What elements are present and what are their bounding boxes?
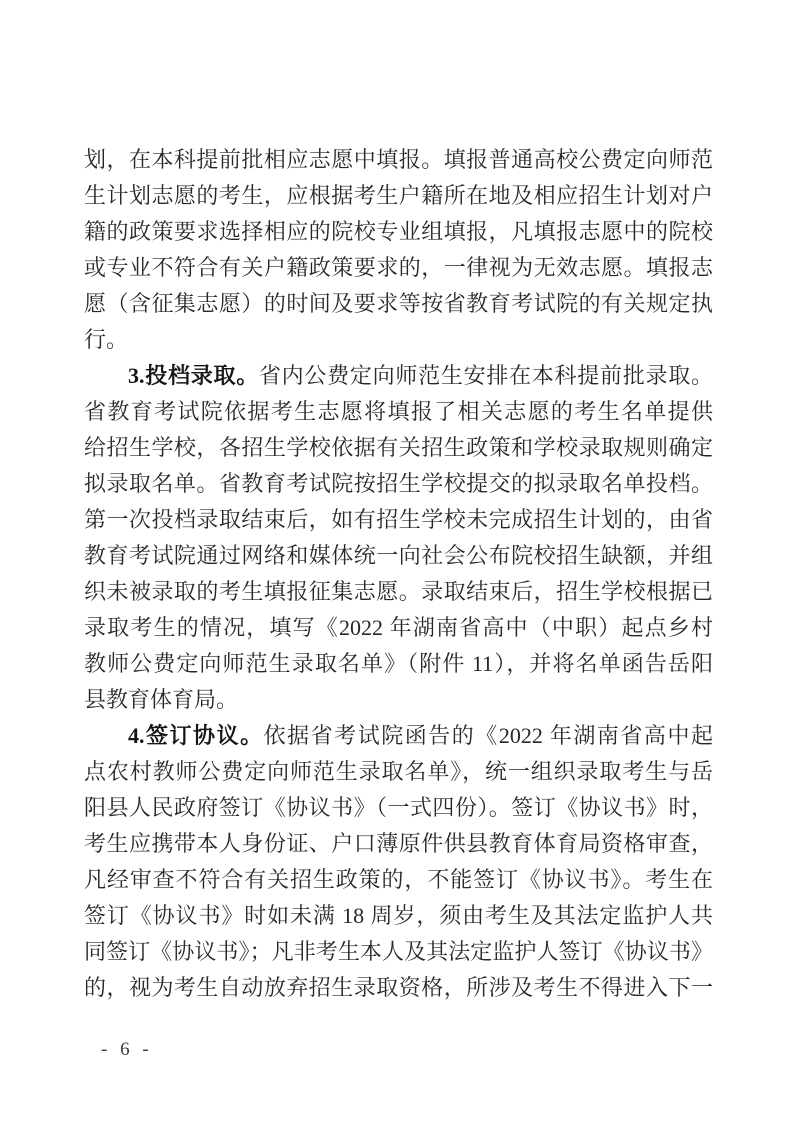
body-text: 教育考试院通过网络和媒体统一向社会公布院校招生缺额，并组 (84, 543, 713, 568)
text-line: 给招生学校，各招生学校依据有关招生政策和学校录取规则确定 (84, 430, 713, 466)
body-text: 点农村教师公费定向师范生录取名单》，统一组织录取考生与岳 (84, 759, 713, 784)
text-line: 籍的政策要求选择相应的院校专业组填报，凡填报志愿中的院校 (84, 214, 713, 250)
body-text: 凡经审查不符合有关招生政策的，不能签订《协议书》。考生在 (84, 867, 713, 892)
text-line: 生计划志愿的考生，应根据考生户籍所在地及相应招生计划对户 (84, 178, 713, 214)
text-line: 或专业不符合有关户籍政策要求的，一律视为无效志愿。填报志 (84, 250, 713, 286)
body-text: 给招生学校，各招生学校依据有关招生政策和学校录取规则确定 (84, 435, 713, 460)
text-line: 织未被录取的考生填报征集志愿。录取结束后，招生学校根据已 (84, 574, 713, 610)
body-text: 第一次投档录取结束后，如有招生学校未完成招生计划的，由省 (84, 507, 713, 532)
section-heading: 4.签订协议。 (128, 723, 264, 748)
text-line: 同签订《协议书》；凡非考生本人及其法定监护人签订《协议书》 (84, 934, 713, 970)
body-text: 考生应携带本人身份证、户口薄原件供县教育体育局资格审查， (84, 831, 713, 856)
body-text: 划，在本科提前批相应志愿中填报。填报普通高校公费定向师范 (84, 147, 713, 172)
body-text: 县教育体育局。 (84, 687, 238, 712)
body-text: 行。 (84, 327, 128, 352)
document-page: 划，在本科提前批相应志愿中填报。填报普通高校公费定向师范生计划志愿的考生，应根据… (0, 0, 793, 1122)
text-line: 拟录取名单。省教育考试院按招生学校提交的拟录取名单投档。 (84, 466, 713, 502)
text-line: 阳县人民政府签订《协议书》（一式四份）。签订《协议书》时， (84, 790, 713, 826)
body-text: 籍的政策要求选择相应的院校专业组填报，凡填报志愿中的院校 (84, 219, 713, 244)
body-text: 依据省考试院函告的《2022 年湖南省高中起 (264, 723, 713, 748)
text-line: 点农村教师公费定向师范生录取名单》，统一组织录取考生与岳 (84, 754, 713, 790)
text-line: 录取考生的情况，填写《2022 年湖南省高中（中职）起点乡村 (84, 610, 713, 646)
text-line: 省教育考试院依据考生志愿将填报了相关志愿的考生名单提供 (84, 394, 713, 430)
body-text: 同签订《协议书》；凡非考生本人及其法定监护人签订《协议书》 (84, 939, 713, 964)
text-line: 划，在本科提前批相应志愿中填报。填报普通高校公费定向师范 (84, 142, 713, 178)
body-text: 或专业不符合有关户籍政策要求的，一律视为无效志愿。填报志 (84, 255, 713, 280)
text-line: 签订《协议书》时如未满 18 周岁，须由考生及其法定监护人共 (84, 898, 713, 934)
text-line: 凡经审查不符合有关招生政策的，不能签订《协议书》。考生在 (84, 862, 713, 898)
body-text: 录取考生的情况，填写《2022 年湖南省高中（中职）起点乡村 (84, 615, 713, 640)
body-text: 拟录取名单。省教育考试院按招生学校提交的拟录取名单投档。 (84, 471, 713, 496)
text-line: 的，视为考生自动放弃招生录取资格，所涉及考生不得进入下一 (84, 970, 713, 1006)
text-line: 考生应携带本人身份证、户口薄原件供县教育体育局资格审查， (84, 826, 713, 862)
text-line: 行。 (84, 322, 713, 358)
body-text: 省内公费定向师范生安排在本科提前批录取。 (259, 363, 713, 388)
page-number: - 6 - (101, 1038, 153, 1062)
body-text: 签订《协议书》时如未满 18 周岁，须由考生及其法定监护人共 (84, 903, 713, 928)
body-text: 教师公费定向师范生录取名单》（附件 11），并将名单函告岳阳 (84, 651, 713, 676)
text-line: 第一次投档录取结束后，如有招生学校未完成招生计划的，由省 (84, 502, 713, 538)
text-line: 县教育体育局。 (84, 682, 713, 718)
body-text: 省教育考试院依据考生志愿将填报了相关志愿的考生名单提供 (84, 399, 713, 424)
body-text: 阳县人民政府签订《协议书》（一式四份）。签订《协议书》时， (84, 795, 713, 820)
body-text: 生计划志愿的考生，应根据考生户籍所在地及相应招生计划对户 (84, 183, 713, 208)
text-line: 4.签订协议。依据省考试院函告的《2022 年湖南省高中起 (84, 718, 713, 754)
section-heading: 3.投档录取。 (128, 363, 259, 388)
text-line: 教师公费定向师范生录取名单》（附件 11），并将名单函告岳阳 (84, 646, 713, 682)
text-line: 3.投档录取。省内公费定向师范生安排在本科提前批录取。 (84, 358, 713, 394)
text-line: 教育考试院通过网络和媒体统一向社会公布院校招生缺额，并组 (84, 538, 713, 574)
body-text: 的，视为考生自动放弃招生录取资格，所涉及考生不得进入下一 (84, 975, 713, 1000)
body-text: 愿（含征集志愿）的时间及要求等按省教育考试院的有关规定执 (84, 291, 713, 316)
document-body: 划，在本科提前批相应志愿中填报。填报普通高校公费定向师范生计划志愿的考生，应根据… (84, 142, 713, 1006)
body-text: 织未被录取的考生填报征集志愿。录取结束后，招生学校根据已 (84, 579, 713, 604)
text-line: 愿（含征集志愿）的时间及要求等按省教育考试院的有关规定执 (84, 286, 713, 322)
